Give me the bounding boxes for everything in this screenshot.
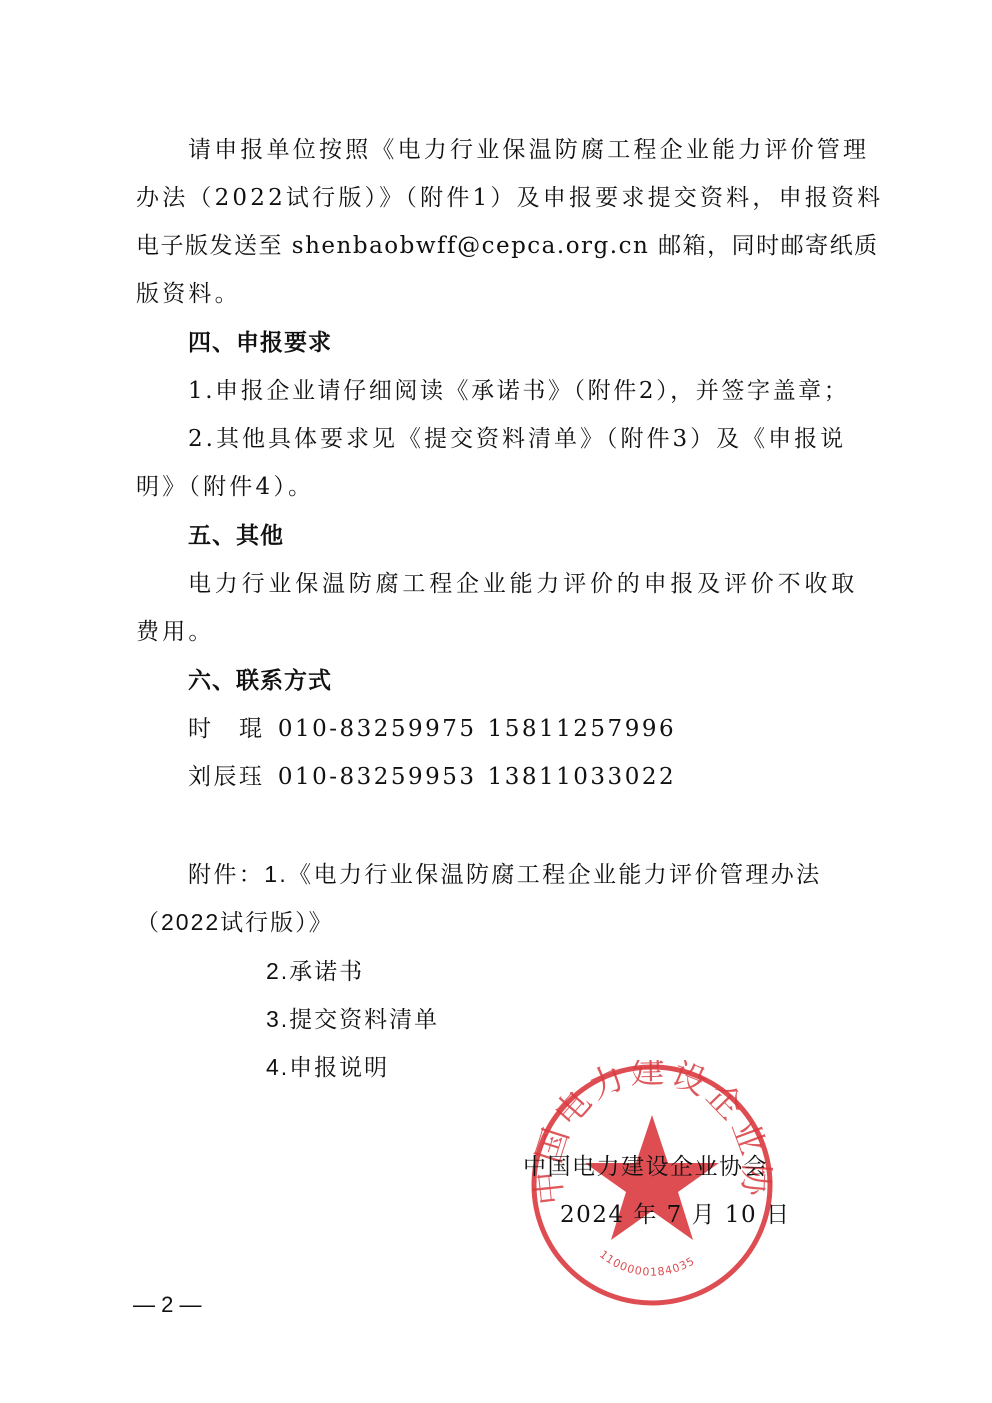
attachments-label: 附件： (188, 861, 264, 887)
requirement-item: 明》（附件4）。 (136, 472, 314, 502)
signing-date: 2024 年 7 月 10 日 (560, 1200, 791, 1230)
contact-mobile: 15811257996 (488, 714, 676, 744)
section-heading-contact: 六、联系方式 (188, 666, 332, 696)
attachment-item: 3.提交资料清单 (266, 1004, 439, 1034)
paragraph-line: 版资料。 (136, 279, 241, 309)
contact-name: 时 琨 (188, 714, 268, 744)
contact-name: 刘辰珏 (188, 762, 268, 792)
contact-row: 时 琨 010-83259975 15811257996 (188, 714, 676, 744)
page-number: — 2 — (133, 1292, 201, 1318)
paragraph-line: 电力行业保温防腐工程企业能力评价的申报及评价不收取 (188, 569, 858, 599)
attachment-item: （2022试行版）》 (136, 907, 334, 937)
contact-mobile: 13811033022 (488, 762, 676, 792)
requirement-item: 1.申报企业请仔细阅读《承诺书》（附件2），并签字盖章； (188, 376, 849, 406)
attachment-item: 4.申报说明 (266, 1052, 389, 1082)
section-heading-other: 五、其他 (188, 521, 284, 551)
paragraph-line: 电子版发送至 shenbaobwff@cepca.org.cn 邮箱，同时邮寄纸… (136, 231, 879, 261)
paragraph-line: 费用。 (136, 617, 215, 647)
official-seal-icon: 中国电力建设企业协会 1100000184035 (527, 1060, 777, 1310)
attachment-line: 附件：1.《电力行业保温防腐工程企业能力评价管理办法 (188, 859, 822, 889)
paragraph-line: 办法（2022试行版）》（附件1）及申报要求提交资料，申报资料 (136, 183, 883, 213)
contact-phone: 010-83259953 (278, 762, 478, 792)
attachment-item: 1.《电力行业保温防腐工程企业能力评价管理办法 (264, 861, 821, 887)
contact-phone: 010-83259975 (278, 714, 478, 744)
contact-row: 刘辰珏 010-83259953 13811033022 (188, 762, 676, 792)
attachment-item: 2.承诺书 (266, 956, 364, 986)
paragraph-line: 请申报单位按照《电力行业保温防腐工程企业能力评价管理 (188, 135, 869, 165)
section-heading-requirements: 四、申报要求 (188, 328, 332, 358)
svg-text:1100000184035: 1100000184035 (597, 1248, 697, 1279)
requirement-item: 2.其他具体要求见《提交资料清单》（附件3）及《申报说 (188, 424, 846, 454)
signing-organization: 中国电力建设企业协会 (523, 1152, 768, 1182)
